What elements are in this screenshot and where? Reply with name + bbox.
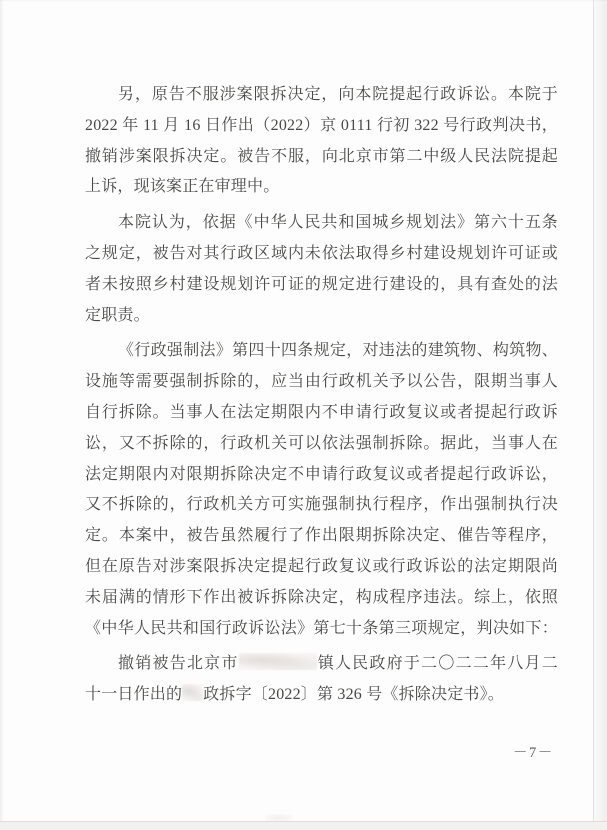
text-segment: 上诉，现该案正在审理中。 xyxy=(85,178,279,195)
document-line: 讼，又不拆除的，行政机关可以依法强制拆除。据此，当事人在 xyxy=(85,429,558,460)
scanned-judgment-page: 另，原告不服涉案限拆决定，向本院提起行政诉讼。本院于2022 年 11 月 16… xyxy=(0,0,607,830)
document-line: 又不拆除的，行政机关方可实施强制执行程序，作出强制执行决 xyxy=(85,490,558,521)
text-segment: 本院认为，依据《中华人民共和国城乡规划法》第六十五条 xyxy=(118,214,558,231)
document-line: 十一日作出的政拆字〔2022〕第 326 号《拆除决定书》。 xyxy=(85,680,558,711)
document-line: 定职责。 xyxy=(85,301,558,332)
document-line: 自行拆除。当事人在法定期限内不申请行政复议或者提起行政诉 xyxy=(85,398,558,429)
redaction-blur xyxy=(182,684,203,701)
text-segment: 但在原告对涉案限拆决定提起行政复议或行政诉讼的法定期限尚 xyxy=(85,558,558,575)
document-line: 者未按照乡村建设规划许可证的规定进行建设的，具有查处的法 xyxy=(85,270,558,301)
document-line: 本院认为，依据《中华人民共和国城乡规划法》第六十五条 xyxy=(85,208,558,239)
scan-edge-top xyxy=(0,0,607,2)
text-segment: 政拆字〔2022〕第 326 号《拆除决定书》。 xyxy=(203,686,504,703)
scan-smudge xyxy=(265,814,293,822)
document-line: 未届满的情形下作出被诉拆除决定，构成程序违法。综上，依照 xyxy=(85,583,558,614)
document-line: 法定期限内对限期拆除决定不申请行政复议或者提起行政诉讼， xyxy=(85,460,558,491)
text-segment: 撤销被告北京市 xyxy=(118,655,239,672)
text-segment: 《行政强制法》第四十四条规定，对违法的建筑物、构筑物、 xyxy=(118,342,558,359)
scan-edge-bottom xyxy=(0,821,607,830)
document-line: 《中华人民共和国行政诉讼法》第七十条第三项规定，判决如下： xyxy=(85,614,558,645)
document-line: 《行政强制法》第四十四条规定，对违法的建筑物、构筑物、 xyxy=(85,336,558,367)
document-line: 定。本案中，被告虽然履行了作出限期拆除决定、催告等程序， xyxy=(85,521,558,552)
text-segment: 镇人民政府于二〇二二年八月二 xyxy=(317,655,558,672)
paragraph: 另，原告不服涉案限拆决定，向本院提起行政诉讼。本院于2022 年 11 月 16… xyxy=(85,80,558,203)
paragraph: 本院认为，依据《中华人民共和国城乡规划法》第六十五条之规定，被告对其行政区域内未… xyxy=(85,208,558,331)
text-segment: 又不拆除的，行政机关方可实施强制执行程序，作出强制执行决 xyxy=(85,496,558,513)
redaction-blur xyxy=(239,653,317,670)
document-line: 撤销涉案限拆决定。被告不服，向北京市第二中级人民法院提起 xyxy=(85,142,558,173)
text-segment: 定。本案中，被告虽然履行了作出限期拆除决定、催告等程序， xyxy=(85,527,558,544)
text-segment: 讼，又不拆除的，行政机关可以依法强制拆除。据此，当事人在 xyxy=(85,435,558,452)
text-segment: 者未按照乡村建设规划许可证的规定进行建设的，具有查处的法 xyxy=(85,276,558,293)
text-segment: 撤销涉案限拆决定。被告不服，向北京市第二中级人民法院提起 xyxy=(85,148,558,165)
document-line: 另，原告不服涉案限拆决定，向本院提起行政诉讼。本院于 xyxy=(85,80,558,111)
scan-edge-right xyxy=(593,0,607,830)
text-segment: 之规定，被告对其行政区域内未依法取得乡村建设规划许可证或 xyxy=(85,245,558,262)
text-segment: 《中华人民共和国行政诉讼法》第七十条第三项规定，判决如下： xyxy=(85,620,558,637)
document-line: 但在原告对涉案限拆决定提起行政复议或行政诉讼的法定期限尚 xyxy=(85,552,558,583)
document-line: 设施等需要强制拆除的，应当由行政机关予以公告，限期当事人 xyxy=(85,367,558,398)
text-segment: 法定期限内对限期拆除决定不申请行政复议或者提起行政诉讼， xyxy=(85,466,558,483)
document-body: 另，原告不服涉案限拆决定，向本院提起行政诉讼。本院于2022 年 11 月 16… xyxy=(85,80,558,711)
document-line: 2022 年 11 月 16 日作出（2022）京 0111 行初 322 号行… xyxy=(85,111,558,142)
paragraph: 《行政强制法》第四十四条规定，对违法的建筑物、构筑物、设施等需要强制拆除的，应当… xyxy=(85,336,558,644)
scan-edge-left xyxy=(0,0,4,830)
text-segment: 定职责。 xyxy=(85,307,150,324)
text-segment: 十一日作出的 xyxy=(85,686,182,703)
text-segment: 2022 年 11 月 16 日作出（2022）京 0111 行初 322 号行… xyxy=(85,117,558,134)
text-segment: 另，原告不服涉案限拆决定，向本院提起行政诉讼。本院于 xyxy=(118,86,558,103)
text-segment: 设施等需要强制拆除的，应当由行政机关予以公告，限期当事人 xyxy=(85,373,558,390)
paragraph: 撤销被告北京市镇人民政府于二〇二二年八月二十一日作出的政拆字〔2022〕第 32… xyxy=(85,649,558,711)
document-line: 上诉，现该案正在审理中。 xyxy=(85,172,558,203)
document-line: 撤销被告北京市镇人民政府于二〇二二年八月二 xyxy=(85,649,558,680)
page-number: －7－ xyxy=(513,741,554,762)
text-segment: 未届满的情形下作出被诉拆除决定，构成程序违法。综上，依照 xyxy=(85,589,558,606)
text-segment: 自行拆除。当事人在法定期限内不申请行政复议或者提起行政诉 xyxy=(85,404,558,421)
document-line: 之规定，被告对其行政区域内未依法取得乡村建设规划许可证或 xyxy=(85,239,558,270)
